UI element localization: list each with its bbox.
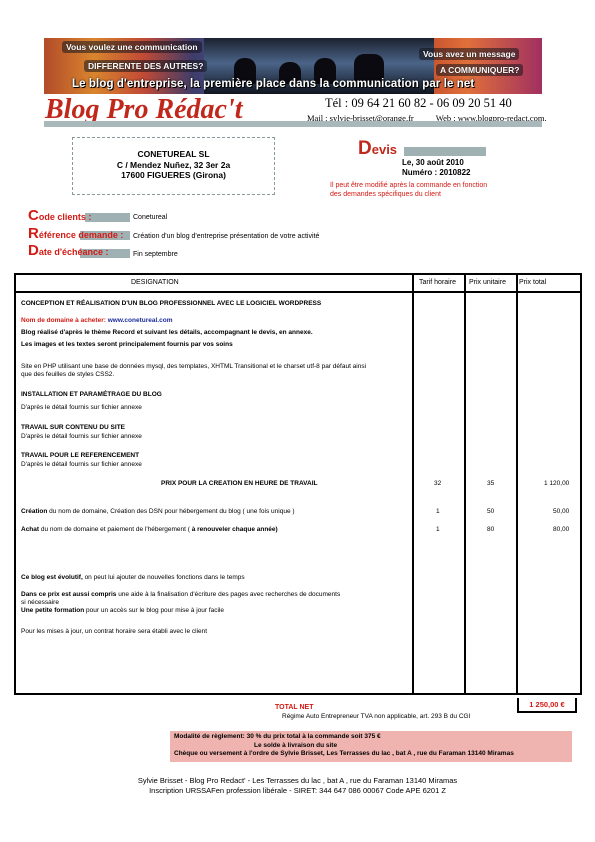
client-city: 17600 FIGUERES (Girona)	[73, 170, 274, 181]
row-label-purchase-domain: Achat du nom de domaine et paiement de l…	[21, 526, 278, 534]
client-street: C / Mendez Nuñez, 32 3er 2a	[73, 160, 274, 171]
row-label-creation-domain: Création du nom de domaine, Création des…	[21, 508, 295, 516]
section-ref: TRAVAIL POUR LE REFERENCEMENT	[21, 452, 139, 460]
compris-bold: Dans ce prix est aussi compris	[21, 591, 116, 598]
header-divider	[44, 121, 542, 127]
col-header-total: Prix total	[519, 279, 546, 286]
col-header-designation: DESIGNATION	[131, 279, 179, 286]
row-label-bold2: à renouveler chaque année)	[192, 526, 278, 533]
php-line: Site en PHP utilisant une base de donnée…	[21, 363, 366, 379]
evolutif-rest: on peut lui ajouter de nouvelles fonctio…	[83, 574, 245, 581]
row-total: 1 120,00	[544, 480, 569, 487]
row-total: 80,00	[553, 526, 569, 533]
formation-line: Une petite formation pour un accès sur l…	[21, 607, 224, 615]
section-install-detail: D'après le détail fournis sur fichier an…	[21, 404, 142, 412]
row-unit: 80	[487, 526, 494, 533]
label-text: ode clients :	[39, 212, 92, 222]
phone-numbers: Tél : 09 64 21 60 82 - 06 09 20 51 40	[325, 96, 512, 111]
label-cap: D	[28, 242, 39, 259]
payment-line-3: Chèque ou versement à l'ordre de Sylvie …	[174, 750, 568, 759]
banner-tagline: Le blog d'entreprise, la première place …	[72, 78, 474, 90]
quote-title-cap: D	[358, 138, 372, 159]
record-line: Blog réalisé d'après le thème Record et …	[21, 329, 313, 337]
domain-line: Nom de domaine à acheter: www.conetureal…	[21, 317, 172, 325]
row-total: 50,00	[553, 508, 569, 515]
quote-date: Le, 30 août 2010	[402, 158, 470, 168]
table-col-divider	[464, 275, 466, 693]
footer-registration: Inscription URSSAFen profession libérale…	[0, 786, 595, 795]
client-address-box: CONETUREAL SL C / Mendez Nuñez, 32 3er 2…	[72, 137, 275, 195]
row-unit: 35	[487, 480, 494, 487]
quote-number: Numéro : 2010822	[402, 168, 470, 178]
client-code-value: Conetureal	[133, 214, 167, 221]
row-label-rest: du nom de domaine, Création des DSN pour…	[47, 508, 294, 515]
row-tarif: 32	[434, 480, 441, 487]
compris-line-2: si nécessaire	[21, 599, 59, 607]
request-ref-value: Création d'un blog d'entreprise présenta…	[133, 233, 319, 240]
quote-title-rest: evis	[372, 142, 397, 157]
evolutif-line: Ce blog est évolutif, on peut lui ajoute…	[21, 574, 245, 582]
payment-line-2: Le solde à livraison du site	[174, 742, 568, 751]
quote-note: Il peut être modifié après la commande e…	[330, 182, 487, 199]
banner-bubble-left-1: Vous voulez une communication	[62, 41, 202, 53]
row-tarif: 1	[436, 508, 440, 515]
footer-address: Sylvie Brisset - Blog Pro Redact' - Les …	[0, 776, 595, 785]
section-contenu-detail: D'après le détail fournis sur fichier an…	[21, 433, 142, 441]
client-code-label: Code clients :	[28, 207, 91, 224]
domain-link[interactable]: www.conetureal.com	[108, 317, 173, 324]
compris-rest: une aide à la finalisation d'écriture de…	[116, 591, 340, 598]
quote-table: DESIGNATION Tarif horaire Prix unitaire …	[14, 273, 582, 695]
payment-line-1: Modalité de règlement: 30 % du prix tota…	[174, 733, 568, 742]
section-contenu: TRAVAIL SUR CONTENU DU SITE	[21, 424, 125, 432]
php-line-2: que des feuilles de styles CSS2.	[21, 371, 366, 379]
php-line-1: Site en PHP utilisant une base de donnée…	[21, 363, 366, 371]
due-date-value: Fin septembre	[133, 251, 178, 258]
client-name: CONETUREAL SL	[73, 149, 274, 160]
label-text: éférence demande :	[39, 230, 124, 240]
due-date-label: Date d'échéance :	[28, 242, 109, 259]
quote-note-line: Il peut être modifié après la commande e…	[330, 182, 487, 191]
client-code-field	[85, 213, 130, 222]
formation-bold: Une petite formation	[21, 607, 84, 614]
domain-label: Nom de domaine à acheter:	[21, 317, 108, 324]
section-install: INSTALLATION ET PARAMÉTRAGE DU BLOG	[21, 391, 162, 399]
payment-terms: Modalité de règlement: 30 % du prix tota…	[170, 731, 572, 762]
compris-line: Dans ce prix est aussi compris une aide …	[21, 591, 340, 599]
table-col-divider	[412, 275, 414, 693]
banner-bubble-right-2: A COMMUNIQUER?	[436, 64, 523, 76]
header-banner: Vous voulez une communication DIFFERENTE…	[44, 38, 542, 94]
row-label-bold: Création	[21, 508, 47, 515]
quote-title: Devis	[358, 138, 397, 160]
section-ref-detail: D'après le détail fournis sur fichier an…	[21, 461, 142, 469]
tva-note: Régime Auto Entrepreneur TVA non applica…	[282, 713, 470, 720]
total-label: TOTAL NET	[275, 704, 314, 711]
row-label-bold: Achat	[21, 526, 39, 533]
banner-bubble-right-1: Vous avez un message	[419, 48, 519, 60]
label-cap: R	[28, 225, 39, 242]
evolutif-bold: Ce blog est évolutif,	[21, 574, 83, 581]
quote-grey-field	[404, 147, 486, 156]
banner-bubble-left-2: DIFFERENTE DES AUTRES?	[84, 60, 207, 72]
row-unit: 50	[487, 508, 494, 515]
row-label-creation-hours: PRIX POUR LA CREATION EN HEURE DE TRAVAI…	[161, 480, 318, 488]
col-header-tarif: Tarif horaire	[419, 279, 456, 286]
row-tarif: 1	[436, 526, 440, 533]
label-text: ate d'échéance :	[39, 247, 109, 257]
images-line: Les images et les textes seront principa…	[21, 341, 233, 349]
label-cap: C	[28, 207, 39, 224]
table-col-divider	[516, 275, 518, 693]
row-label-rest: du nom de domaine et paiement de l'héber…	[39, 526, 192, 533]
quote-note-line: des demandes spécifiques du client	[330, 191, 487, 200]
request-ref-label: Référence demande :	[28, 225, 123, 242]
col-header-unit-price: Prix unitaire	[469, 279, 506, 286]
updates-line: Pour les mises à jour, un contrat horair…	[21, 628, 207, 636]
formation-rest: pour un accès sur le blog pour mise à jo…	[84, 607, 224, 614]
total-value: 1 250,00 €	[517, 698, 577, 713]
quote-meta: Le, 30 août 2010 Numéro : 2010822	[402, 158, 470, 177]
table-title: CONCEPTION ET RÉALISATION D'UN BLOG PROF…	[21, 300, 321, 308]
table-header-divider	[16, 291, 580, 293]
